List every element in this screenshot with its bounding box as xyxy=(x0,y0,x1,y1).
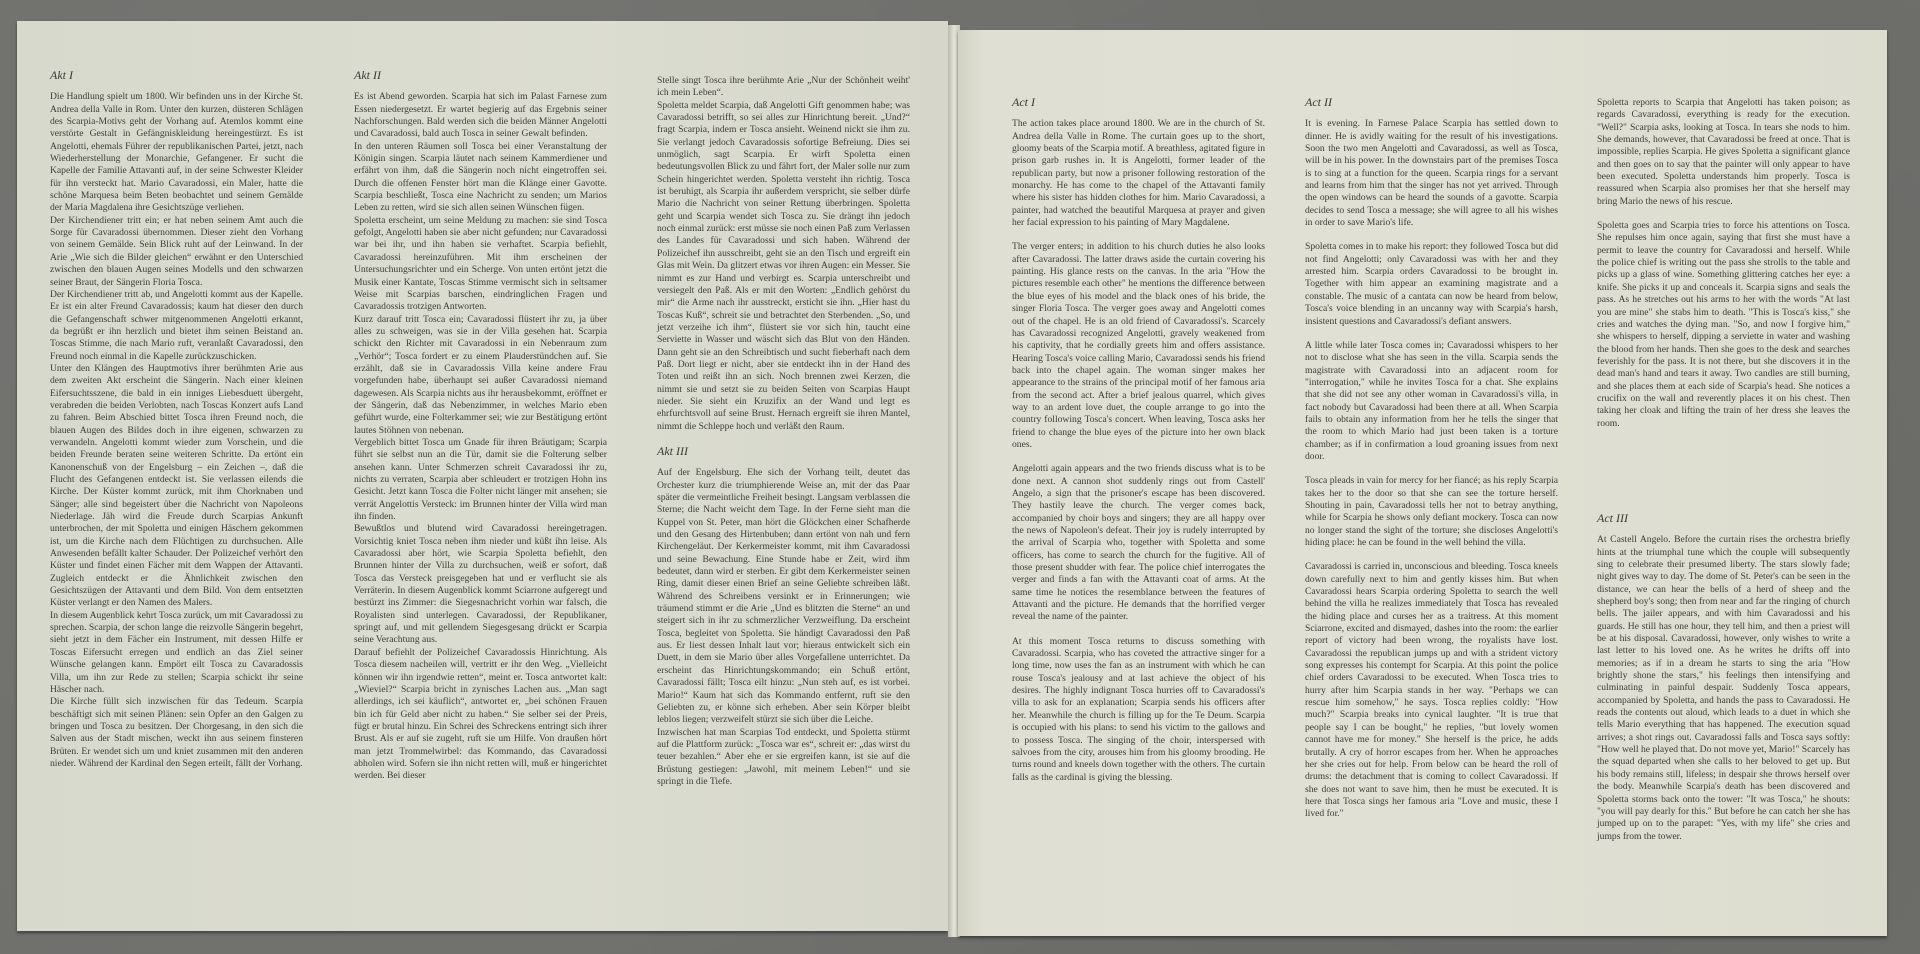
paragraph: In den unteren Räumen soll Tosca bei ein… xyxy=(354,141,607,215)
english-column-1: Act I The action takes place around 1800… xyxy=(1012,96,1265,796)
heading-akt-2: Akt II xyxy=(354,69,607,81)
paragraph: In diesem Augenblick kehrt Tosca zurück,… xyxy=(50,610,303,696)
paragraph: Der Kirchendiener tritt ab, und Angelott… xyxy=(50,289,303,363)
paragraph: Der Kirchendiener tritt ein; er hat nebe… xyxy=(50,215,303,289)
paragraph: Bewußtlos und blutend wird Cavaradossi h… xyxy=(354,523,607,646)
right-page-english: Act I The action takes place around 1800… xyxy=(958,30,1887,936)
paragraph: Unter den Klängen des Hauptmotivs ihrer … xyxy=(50,363,303,610)
heading-act-1: Act I xyxy=(1012,96,1265,108)
paragraph: Inzwischen hat man Scarpias Tod entdeckt… xyxy=(657,727,910,789)
paragraph: Die Kirche füllt sich inzwischen für das… xyxy=(50,696,303,770)
paragraph: Kurz darauf tritt Tosca ein; Cavaradossi… xyxy=(354,314,607,437)
left-page-german: Akt I Die Handlung spielt um 1800. Wir b… xyxy=(17,21,948,931)
paragraph: Auf der Engelsburg. Ehe sich der Vorhang… xyxy=(657,467,910,726)
paragraph: The verger enters; in addition to his ch… xyxy=(1012,241,1265,451)
paragraph: The action takes place around 1800. We a… xyxy=(1012,118,1265,229)
paragraph: Stelle singt Tosca ihre berühmte Arie „N… xyxy=(657,75,910,100)
paragraph: Spoletta goes and Scarpia tries to force… xyxy=(1597,220,1850,430)
paragraph: At Castell Angelo. Before the curtain ri… xyxy=(1597,534,1850,843)
paragraph: Angelotti again appears and the two frie… xyxy=(1012,463,1265,623)
paragraph: Cavaradossi is carried in, unconscious a… xyxy=(1305,561,1558,820)
paragraph: Vergeblich bittet Tosca um Gnade für ihr… xyxy=(354,437,607,523)
paragraph: At this moment Tosca returns to discuss … xyxy=(1012,636,1265,784)
paragraph: Es ist Abend geworden. Scarpia hat sich … xyxy=(354,91,607,140)
heading-akt-1: Akt I xyxy=(50,69,303,81)
german-column-2: Akt II Es ist Abend geworden. Scarpia ha… xyxy=(354,69,607,783)
paragraph: Die Handlung spielt um 1800. Wir befinde… xyxy=(50,91,303,214)
english-column-3: Spoletta reports to Scarpia that Angelot… xyxy=(1597,97,1850,855)
german-column-1: Akt I Die Handlung spielt um 1800. Wir b… xyxy=(50,69,303,770)
heading-act-2: Act II xyxy=(1305,96,1558,108)
paragraph: Spoletta reports to Scarpia that Angelot… xyxy=(1597,97,1850,208)
heading-act-3: Act III xyxy=(1597,512,1850,524)
paragraph: It is evening. In Farnese Palace Scarpia… xyxy=(1305,118,1558,229)
paragraph: Spoletta comes in to make his report: th… xyxy=(1305,241,1558,327)
paragraph: Spoletta meldet Scarpia, daß Angelotti G… xyxy=(657,100,910,433)
paragraph: Spoletta erscheint, um seine Meldung zu … xyxy=(354,215,607,314)
paragraph: Darauf befiehlt der Polizeichef Cavarado… xyxy=(354,647,607,783)
english-column-2: Act II It is evening. In Farnese Palace … xyxy=(1305,96,1558,833)
paragraph: Tosca pleads in vain for mercy for her f… xyxy=(1305,475,1558,549)
heading-akt-3: Akt III xyxy=(657,445,910,457)
paragraph: A little while later Tosca comes in; Cav… xyxy=(1305,340,1558,463)
german-column-3: Stelle singt Tosca ihre berühmte Arie „N… xyxy=(657,75,910,788)
